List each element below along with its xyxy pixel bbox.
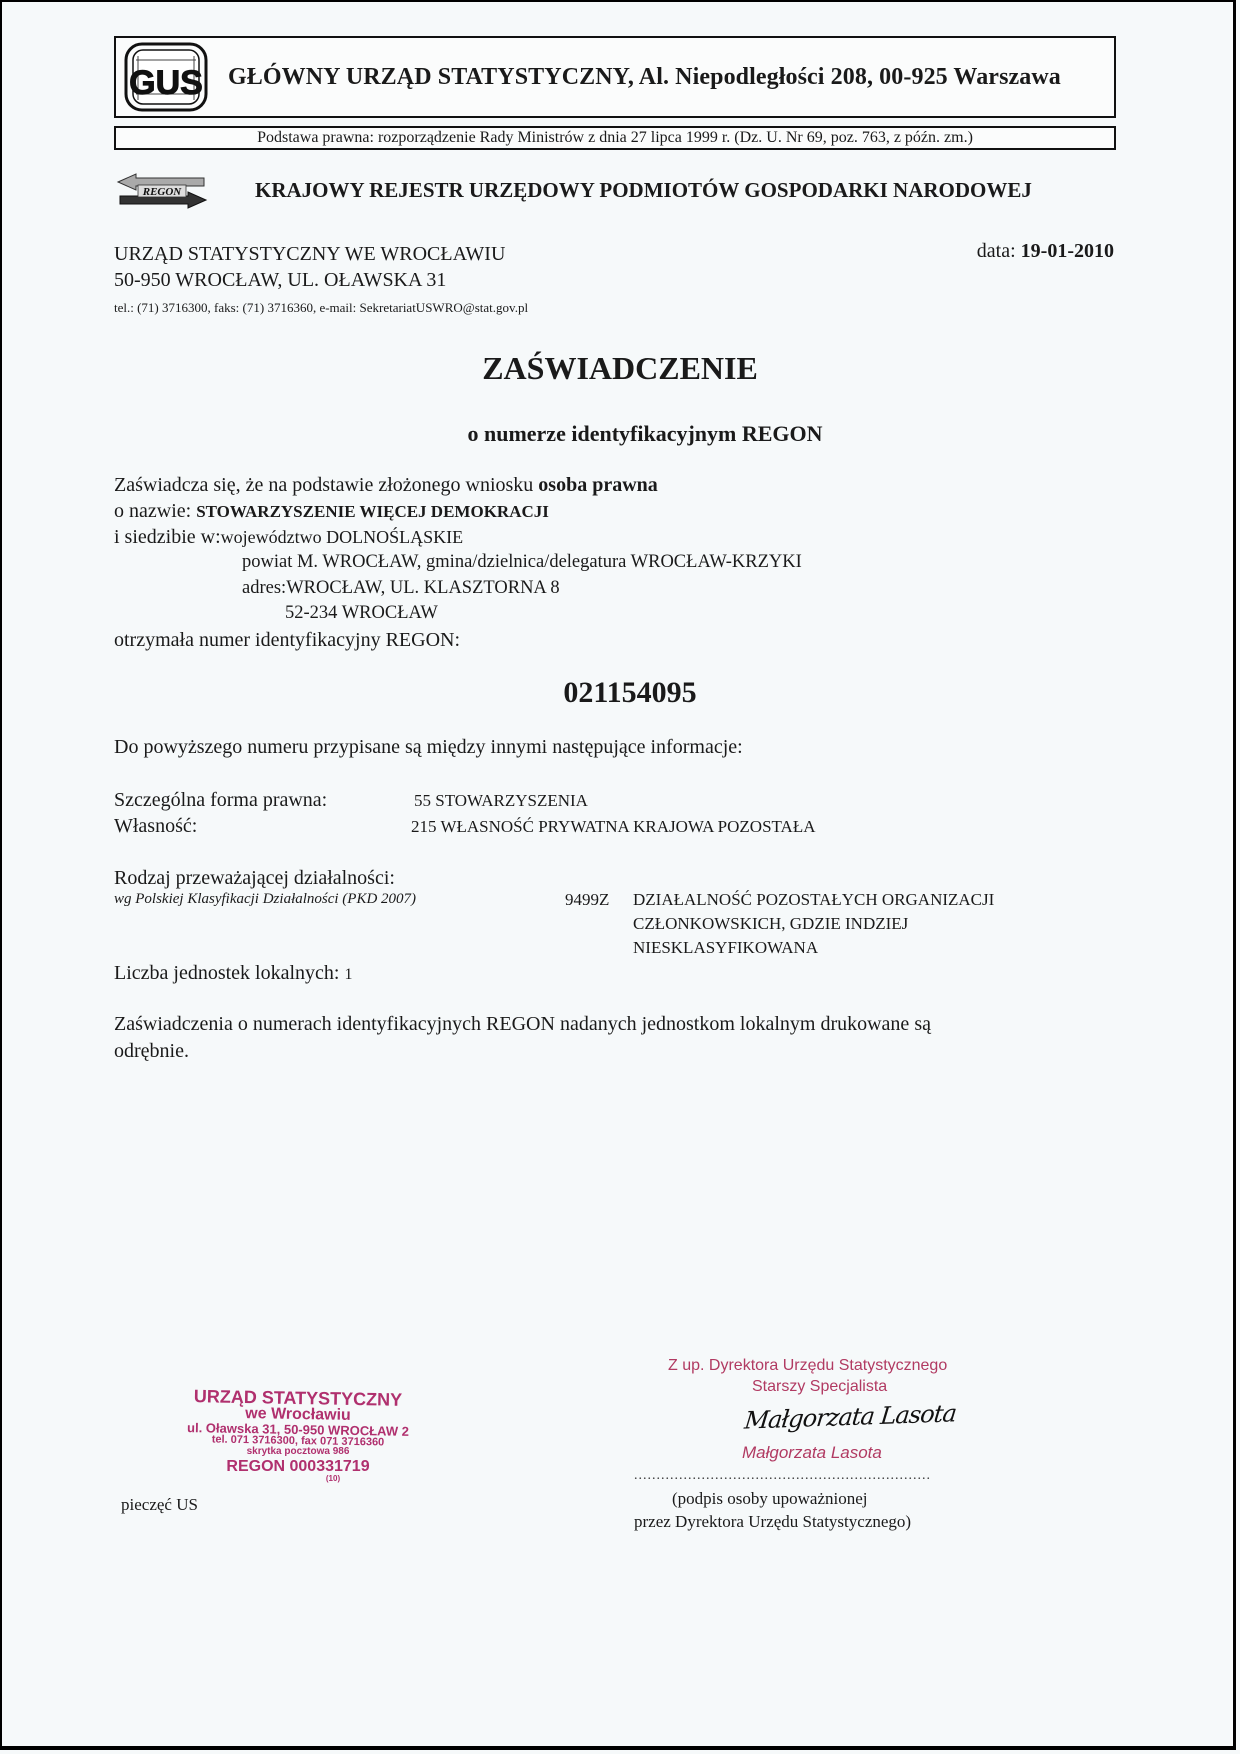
activity-desc-2: CZŁONKOWSKICH, GDZIE INDZIEJ [633, 914, 908, 934]
info-intro: Do powyższego numeru przypisane są międz… [114, 736, 743, 759]
seat-county: powiat M. WROCŁAW, gmina/dzielnica/deleg… [242, 552, 802, 573]
activity-classification: wg Polskiej Klasyfikacji Działalności (P… [114, 891, 416, 908]
seat-voivodeship: województwo DOLNOŚLĄSKIE [221, 527, 463, 547]
signer-name: Małgorzata Lasota [742, 1443, 882, 1463]
legal-basis: Podstawa prawna: rozporządzenie Rady Min… [116, 129, 1114, 147]
authority-line-2: Starszy Specjalista [752, 1378, 887, 1396]
received-text: otrzymała numer identyfikacyjny REGON: [114, 629, 460, 652]
ownership-value: 215 WŁASNOŚĆ PRYWATNA KRAJOWA POZOSTAŁA [411, 817, 815, 837]
regon-number: 021154095 [0, 676, 1240, 710]
ownership-label: Własność: [114, 815, 197, 838]
local-units: Liczba jednostek lokalnych: 1 [114, 962, 352, 985]
office-contact: tel.: (71) 3716300, faks: (71) 3716360, … [114, 300, 528, 316]
signature-dotted-line: ........................................… [634, 1468, 931, 1484]
registry-title: KRAJOWY REJESTR URZĘDOWY PODMIOTÓW GOSPO… [255, 178, 1032, 203]
office-stamp: URZĄD STATYSTYCZNY we Wrocławiu ul. Oław… [168, 1389, 428, 1483]
footer-note-line-2: odrębnie. [114, 1040, 189, 1063]
svg-text:GUS: GUS [129, 64, 203, 102]
entity-type: osoba prawna [538, 474, 657, 496]
legal-form-label: Szczególna forma prawna: [114, 789, 327, 812]
document-subtitle: o numerze identyfikacyjnym REGON [0, 421, 1240, 447]
intro-line: Zaświadcza się, że na podstawie złożoneg… [114, 474, 658, 497]
seat-line: i siedzibie w:województwo DOLNOŚLĄSKIE [114, 526, 463, 549]
issue-date: data: 19-01-2010 [977, 240, 1114, 263]
office-name: URZĄD STATYSTYCZNY WE WROCŁAWIU [114, 243, 505, 266]
address-line-2: 52-234 WROCŁAW [285, 603, 438, 624]
local-units-value: 1 [344, 966, 352, 983]
gus-logo-icon: GUS [124, 42, 208, 112]
institution-name: GŁÓWNY URZĄD STATYSTYCZNY, Al. Niepodleg… [228, 64, 1061, 91]
activity-desc-1: DZIAŁALNOŚĆ POZOSTAŁYCH ORGANIZACJI [633, 890, 994, 910]
entity-name: STOWARZYSZENIE WIĘCEJ DEMOKRACJI [196, 502, 549, 521]
date-value: 19-01-2010 [1021, 240, 1114, 262]
footer-note-line-1: Zaświadczenia o numerach identyfikacyjny… [114, 1013, 931, 1036]
regon-logo-icon: REGON [116, 172, 208, 210]
name-line: o nazwie: STOWARZYSZENIE WIĘCEJ DEMOKRAC… [114, 500, 549, 523]
activity-label: Rodzaj przeważającej działalności: [114, 867, 395, 890]
authority-line-1: Z up. Dyrektora Urzędu Statystycznego [668, 1357, 947, 1375]
document-title: ZAŚWIADCZENIE [0, 350, 1240, 387]
legal-basis-box: Podstawa prawna: rozporządzenie Rady Min… [114, 126, 1116, 150]
activity-code: 9499Z [565, 890, 609, 910]
address-line-1: adres:WROCŁAW, UL. KLASZTORNA 8 [242, 578, 560, 599]
office-address: 50-950 WROCŁAW, UL. OŁAWSKA 31 [114, 269, 446, 292]
header-box: GUS GŁÓWNY URZĄD STATYSTYCZNY, Al. Niepo… [114, 36, 1116, 118]
stamp-caption: pieczęć US [121, 1495, 198, 1515]
signature-caption-1: (podpis osoby upoważnionej [672, 1489, 867, 1509]
date-label: data: [977, 240, 1016, 262]
signature-caption-2: przez Dyrektora Urzędu Statystycznego) [634, 1512, 911, 1532]
stamp-regon: REGON 000331719 [168, 1459, 428, 1475]
svg-text:REGON: REGON [142, 186, 183, 198]
legal-form-value: 55 STOWARZYSZENIA [414, 791, 588, 811]
activity-desc-3: NIESKLASYFIKOWANA [633, 938, 818, 958]
